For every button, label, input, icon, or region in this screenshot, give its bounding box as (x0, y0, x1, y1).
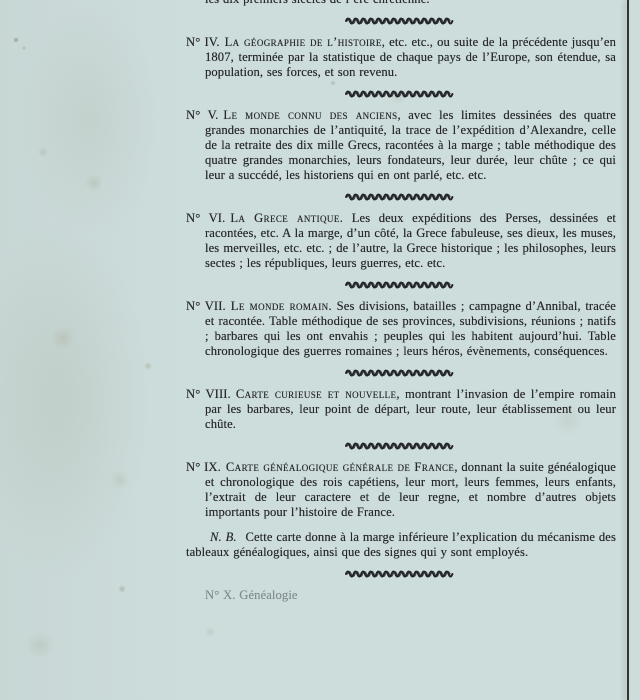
entry-no-vii: N° VII.Le monde romain. Ses divisions, b… (186, 299, 616, 359)
nota-bene-paragraph: N. B. Cette carte donne à la marge infér… (186, 530, 616, 560)
squiggle-divider (186, 569, 616, 578)
entry-number: N° VII. (186, 299, 231, 313)
squiggle-divider (186, 192, 616, 201)
entry-paragraph: N° VI.La Grece antique. Les deux expédit… (186, 211, 616, 271)
entry-paragraph: N° VII.Le monde romain. Ses divisions, b… (186, 299, 616, 359)
entry-no-ix: N° IX.Carte généalogique générale de Fra… (186, 460, 616, 560)
entry-title: Carte généalogique générale de France (226, 460, 454, 474)
entry-number: N° VI. (186, 211, 230, 225)
page-text-column: les dix premiers siècles de l’ère chréti… (186, 0, 616, 603)
entry-title: La Grece antique. (230, 211, 343, 225)
entry-paragraph: N° VIII.Carte curieuse et nouvelle, mont… (186, 387, 616, 432)
entry-no-v: N° V.Le monde connu des anciens, avec le… (186, 108, 616, 183)
entry-title: Carte curieuse et nouvelle (236, 387, 397, 401)
entry-paragraph: N° IX.Carte généalogique générale de Fra… (186, 460, 616, 520)
entry-number: N° IV. (186, 35, 225, 49)
entry-no-vi: N° VI.La Grece antique. Les deux expédit… (186, 211, 616, 271)
entry-paragraph: N° V.Le monde connu des anciens, avec le… (186, 108, 616, 183)
squiggle-divider (186, 280, 616, 289)
entry-paragraph: N° IV.La géographie de l’histoire, etc. … (186, 35, 616, 80)
squiggle-divider (186, 441, 616, 450)
squiggle-divider (186, 368, 616, 377)
squiggle-divider (186, 89, 616, 98)
entry-title: Le monde connu des anciens (223, 108, 397, 122)
entry-no-iv: N° IV.La géographie de l’histoire, etc. … (186, 35, 616, 80)
entry-number: N° IX. (186, 460, 226, 474)
page-edge-rule (627, 0, 629, 700)
next-entry-clipped-line: N° X. Généalogie (186, 588, 616, 603)
entry-number: N° V. (186, 108, 223, 122)
previous-entry-last-line: les dix premiers siècles de l’ère chréti… (186, 0, 616, 7)
entry-no-viii: N° VIII.Carte curieuse et nouvelle, mont… (186, 387, 616, 432)
entry-title: Le monde romain. (231, 299, 332, 313)
entry-title: La géographie de l’histoire (225, 35, 382, 49)
entry-number: N° VIII. (186, 387, 236, 401)
nota-bene-label: N. B. (210, 530, 242, 544)
squiggle-divider (186, 16, 616, 25)
nota-bene-text: Cette carte donne à la marge inférieure … (186, 530, 616, 559)
